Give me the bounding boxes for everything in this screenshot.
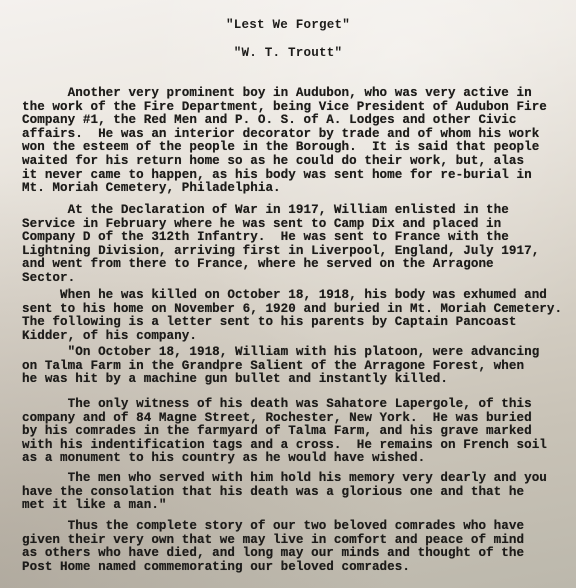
text-line: The only witness of his death was Sahato… — [22, 398, 547, 412]
text-line: At the Declaration of War in 1917, Willi… — [22, 204, 539, 218]
text-line: on Talma Farm in the Grandpre Salient of… — [22, 360, 539, 374]
text-line: Sector. — [22, 272, 539, 286]
text-line: waited for his return home so as he coul… — [22, 155, 547, 169]
text-line: as others who have died, and long may ou… — [22, 547, 524, 561]
text-line: Service in February where he was sent to… — [22, 218, 539, 232]
text-line: Mt. Moriah Cemetery, Philadelphia. — [22, 182, 547, 196]
text-line: "On October 18, 1918, William with his p… — [22, 346, 539, 360]
paragraph-4: "On October 18, 1918, William with his p… — [22, 346, 539, 387]
text-line: affairs. He was an interior decorator by… — [22, 128, 547, 142]
text-line: The following is a letter sent to his pa… — [22, 316, 562, 330]
text-line: have the consolation that his death was … — [22, 486, 547, 500]
text-line: Thus the complete story of our two belov… — [22, 520, 524, 534]
text-line: When he was killed on October 18, 1918, … — [22, 289, 562, 303]
text-line: Lightning Division, arriving first in Li… — [22, 245, 539, 259]
text-line: company and of 84 Magne Street, Rocheste… — [22, 412, 547, 426]
paragraph-1: Another very prominent boy in Audubon, w… — [22, 87, 547, 196]
paragraph-2: At the Declaration of War in 1917, Willi… — [22, 204, 539, 286]
document-title: "Lest We Forget" — [0, 18, 576, 32]
text-line: won the esteem of the people in the Boro… — [22, 141, 547, 155]
text-line: it never came to happen, as his body was… — [22, 169, 547, 183]
text-line: Company D of the 312th Infantry. He was … — [22, 231, 539, 245]
text-line: Kidder, of his company. — [22, 330, 562, 344]
text-line: Post Home named commemorating our belove… — [22, 561, 524, 575]
paragraph-6: The men who served with him hold his mem… — [22, 472, 547, 513]
text-line: Another very prominent boy in Audubon, w… — [22, 87, 547, 101]
text-line: the work of the Fire Department, being V… — [22, 101, 547, 115]
text-line: Company #1, the Red Men and P. O. S. of … — [22, 114, 547, 128]
text-line: as a monument to his country as he would… — [22, 452, 547, 466]
text-line: given their very own that we may live in… — [22, 534, 524, 548]
text-line: with his indentification tags and a cros… — [22, 439, 547, 453]
text-line: met it like a man." — [22, 499, 547, 513]
paragraph-3: When he was killed on October 18, 1918, … — [22, 289, 562, 343]
paragraph-7: Thus the complete story of our two belov… — [22, 520, 524, 574]
paragraph-5: The only witness of his death was Sahato… — [22, 398, 547, 466]
text-line: and went from there to France, where he … — [22, 258, 539, 272]
document-subtitle: "W. T. Troutt" — [0, 46, 576, 60]
text-line: he was hit by a machine gun bullet and i… — [22, 373, 539, 387]
typewritten-page: "Lest We Forget" "W. T. Troutt" Another … — [0, 0, 576, 588]
text-line: by his comrades in the farmyard of Talma… — [22, 425, 547, 439]
text-line: sent to his home on November 6, 1920 and… — [22, 303, 562, 317]
text-line: The men who served with him hold his mem… — [22, 472, 547, 486]
